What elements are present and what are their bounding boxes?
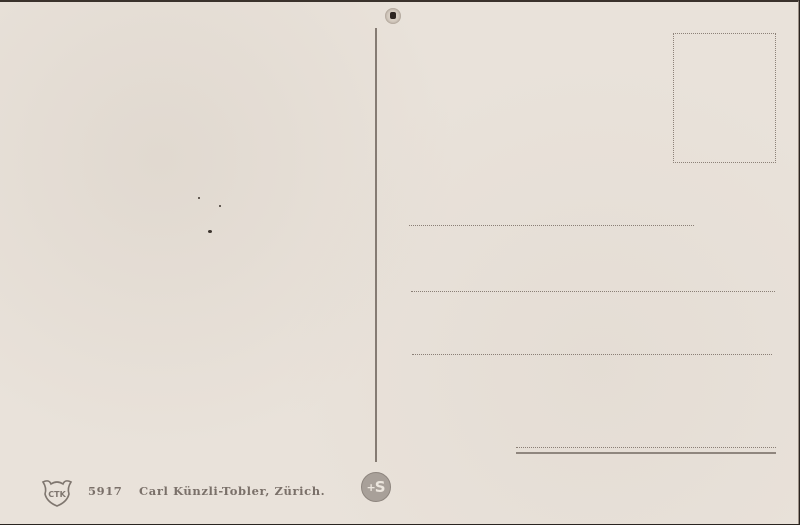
stamp-box (673, 33, 776, 163)
address-line-1 (409, 225, 694, 226)
address-line-3 (412, 354, 772, 355)
center-divider-line (375, 28, 377, 462)
address-underline (516, 452, 776, 454)
s-cross-logo-icon: + S (361, 472, 391, 502)
publisher-imprint: 5917 Carl Künzli-Tobler, Zürich. (88, 484, 325, 498)
svg-text:CTK: CTK (48, 490, 66, 499)
pin-hole (385, 8, 401, 24)
address-line-2 (411, 291, 775, 292)
ctk-logo-icon: CTK (41, 478, 73, 508)
card-number: 5917 (88, 484, 122, 498)
s-glyph: S (375, 478, 386, 496)
paper-speck (219, 205, 221, 207)
paper-speck (208, 230, 212, 233)
paper-speck (198, 197, 200, 199)
publisher-name: Carl Künzli-Tobler, Zürich. (139, 484, 325, 498)
postcard-back: CTK 5917 Carl Künzli-Tobler, Zürich. + S (0, 0, 799, 524)
address-line-4 (516, 447, 776, 448)
